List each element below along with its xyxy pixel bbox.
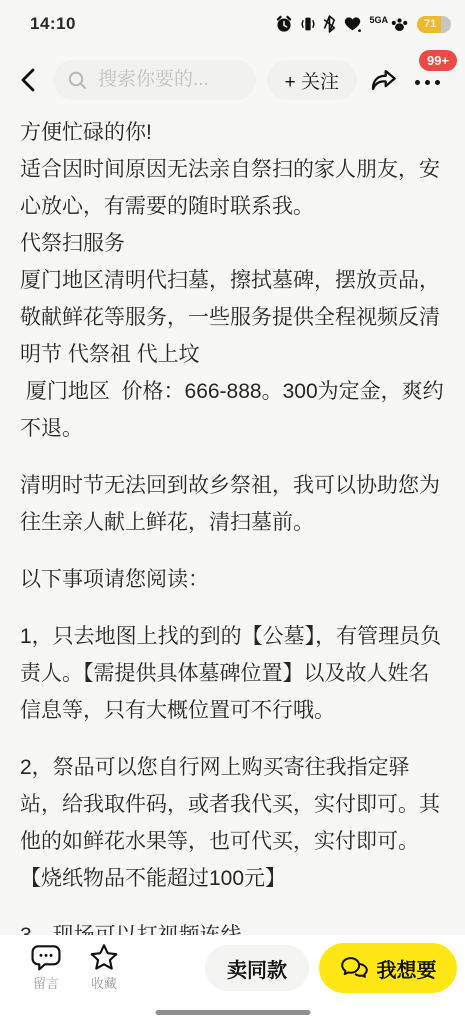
alarm-icon <box>275 15 293 33</box>
comment-button[interactable]: 留言 <box>20 943 72 992</box>
clock: 14:10 <box>30 14 76 34</box>
home-indicator[interactable] <box>155 1010 310 1015</box>
status-icons: 5GA 71 <box>275 15 451 33</box>
favorite-button[interactable]: 收藏 <box>78 943 130 992</box>
battery-percent: 71 <box>424 18 436 30</box>
post-paragraph: 清明时节无法回到故乡祭祖，我可以协助您为往生亲人献上鲜花，清扫墓前。 <box>20 467 445 541</box>
share-button[interactable] <box>368 65 400 95</box>
want-button[interactable]: 我想要 <box>319 943 457 993</box>
post-body: 方便忙碌的你!适合因时间原因无法亲自祭扫的家人朋友，安心放心，有需要的随时联系我… <box>20 114 445 1024</box>
post-paragraph: 方便忙碌的你! <box>20 114 445 151</box>
post-paragraph: 厦门地区清明代扫墓，擦拭墓碑，摆放贡品，敬献鲜花等服务，一些服务提供全程视频反清… <box>20 262 445 373</box>
comment-bubble-icon <box>31 943 61 971</box>
three-dots-icon <box>415 80 440 85</box>
status-bar: 14:10 <box>0 0 465 48</box>
star-icon <box>89 943 119 971</box>
heart-icon <box>343 15 362 33</box>
back-button[interactable] <box>16 67 42 93</box>
share-arrow-icon <box>369 67 399 94</box>
chevron-left-icon <box>17 67 41 93</box>
post-paragraph: 以下事项请您阅读： <box>20 561 445 598</box>
sell-same-button[interactable]: 卖同款 <box>205 945 309 991</box>
post-paragraph: 2，祭品可以您自行网上购买寄往我指定驿站，给我取件码，或者我代买，实付即可。其他… <box>20 749 445 860</box>
chat-bubbles-icon <box>340 956 369 981</box>
search-bar[interactable] <box>53 60 256 100</box>
vibrate-icon <box>300 15 316 33</box>
search-icon <box>67 70 88 91</box>
post-paragraph: 1，只去地图上找的到的【公墓】，有管理员负责人。【需提供具体墓碑位置】以及故人姓… <box>20 618 445 729</box>
more-menu-button[interactable]: 99+ <box>411 58 453 102</box>
favorite-label: 收藏 <box>91 973 117 992</box>
post-paragraph: 适合因时间原因无法亲自祭扫的家人朋友，安心放心，有需要的随时联系我。 <box>20 151 445 225</box>
network-type-label: 5GA <box>369 15 388 25</box>
search-input[interactable] <box>96 68 242 92</box>
battery-indicator: 71 <box>417 16 451 33</box>
post-paragraph: 【烧纸物品不能超过100元】 <box>20 860 445 897</box>
post-paragraph: 厦门地区 价格：666-888。300为定金，爽约不退。 <box>20 373 445 447</box>
paw-icon <box>391 16 408 32</box>
follow-button[interactable]: + 关注 <box>267 60 357 100</box>
want-label: 我想要 <box>377 954 437 983</box>
header: + 关注 99+ <box>0 48 465 112</box>
notification-badge: 99+ <box>419 50 457 71</box>
phone-screen: 14:10 <box>0 0 465 1024</box>
comment-label: 留言 <box>33 973 59 992</box>
post-paragraph: 代祭扫服务 <box>20 225 445 262</box>
bluetooth-icon <box>323 15 336 33</box>
